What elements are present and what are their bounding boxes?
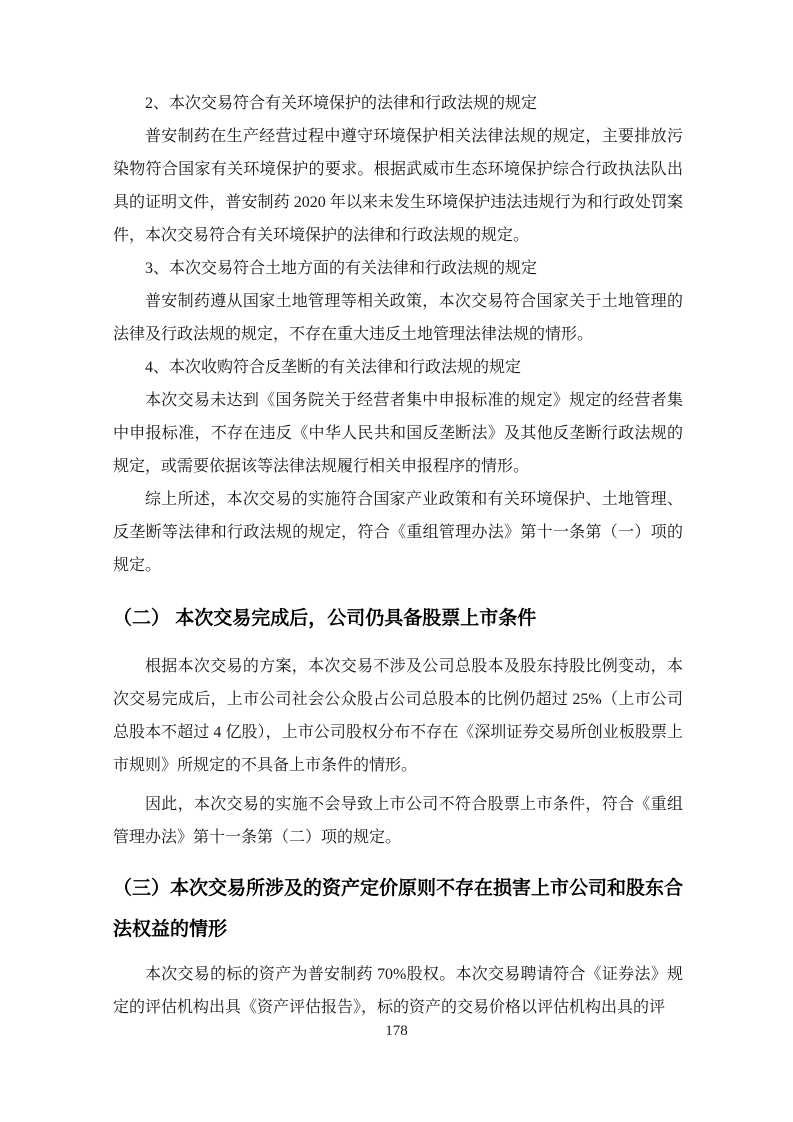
paragraph-land: 普安制药遵从国家土地管理等相关政策，本次交易符合国家关于土地管理的法律及行政法规… [113, 285, 683, 351]
page-number: 178 [385, 1023, 408, 1039]
numbered-subheading-3: 3、本次交易符合土地方面的有关法律和行政法规的规定 [113, 252, 683, 285]
paragraph-antitrust: 本次交易未达到《国务院关于经营者集中申报标准的规定》规定的经营者集中申报标准，不… [113, 384, 683, 483]
section-heading-two: （二） 本次交易完成后，公司仍具备股票上市条件 [113, 604, 683, 634]
numbered-subheading-2: 2、本次交易符合有关环境保护的法律和行政法规的规定 [113, 87, 683, 120]
paragraph-environment: 普安制药在生产经营过程中遵守环境保护相关法律法规的规定，主要排放污染物符合国家有… [113, 120, 683, 252]
numbered-subheading-4: 4、本次收购符合反垄断的有关法律和行政法规的规定 [113, 351, 683, 384]
section-heading-three: （三）本次交易所涉及的资产定价原则不存在损害上市公司和股东合法权益的情形 [113, 868, 683, 950]
document-page: 2、本次交易符合有关环境保护的法律和行政法规的规定 普安制药在生产经营过程中遵守… [0, 0, 793, 1122]
page-footer: 178 [0, 1021, 793, 1041]
paragraph-summary: 综上所述，本次交易的实施符合国家产业政策和有关环境保护、土地管理、反垄断等法律和… [113, 483, 683, 582]
paragraph-asset-pricing: 本次交易的标的资产为普安制药 70%股权。本次交易聘请符合《证券法》规定的评估机… [113, 958, 683, 1024]
paragraph-listing-condition: 根据本次交易的方案，本次交易不涉及公司总股本及股东持股比例变动，本次交易完成后，… [113, 650, 683, 782]
paragraph-conclusion: 因此，本次交易的实施不会导致上市公司不符合股票上市条件，符合《重组管理办法》第十… [113, 788, 683, 854]
document-content: 2、本次交易符合有关环境保护的法律和行政法规的规定 普安制药在生产经营过程中遵守… [113, 87, 683, 1024]
